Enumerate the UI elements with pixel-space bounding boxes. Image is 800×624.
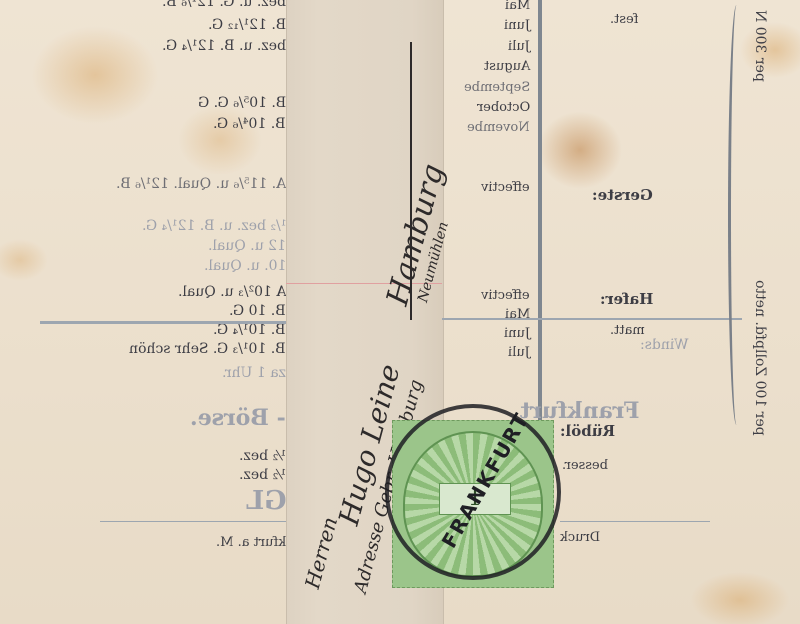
fold-curl	[728, 5, 745, 425]
print-rule	[560, 521, 710, 522]
price-line: B. 10⁵/₆ G. G	[198, 95, 286, 111]
print-word: matt.	[610, 323, 645, 338]
postmark-text: FRANKFURT	[437, 408, 534, 552]
heading-boerse: - Börse.	[190, 405, 286, 431]
month-line: Juni	[504, 326, 530, 341]
price-line: B. 10¹/₃ G. Sehr schön	[129, 341, 286, 357]
price-line: B. 12¹/₁₂ G.	[208, 17, 286, 33]
month-line: effectiv	[481, 180, 530, 195]
print-word: Winds:	[640, 337, 689, 353]
month-line: effectiv	[481, 288, 530, 303]
heading-fragment: GL	[246, 486, 287, 516]
print-rule	[100, 521, 290, 522]
price-line: bez. u. B. 12¹/₄ G.	[162, 38, 286, 54]
price-line: za 1 Uhr.	[222, 365, 286, 381]
print-word: Gerste:	[592, 186, 653, 204]
price-line: ¹/₂ bez. u. B. 12¹/₄ G.	[142, 218, 286, 234]
month-line: Juli	[508, 39, 530, 54]
price-line: B. 10¹/₄ G.	[213, 322, 286, 338]
price-line: B. 10⁴/₆ G.	[213, 116, 286, 132]
price-line: A 10²/₃ u. Qual.	[178, 284, 286, 300]
print-rule	[442, 318, 742, 320]
month-line: Juli	[508, 345, 530, 360]
print-word: fest.	[610, 12, 639, 27]
mirrored-price-column: bez. u. G. 12¹/₆ B. B. 12¹/₁₂ G. bez. u.…	[0, 0, 300, 624]
month-line: Septembe	[464, 80, 530, 95]
price-line: ½ bez.	[239, 448, 286, 464]
price-line: A. 11⁵/₆ u. Qual. 12¹/₆ B.	[116, 176, 286, 192]
month-line: Juni	[504, 18, 530, 33]
price-line: B. 10 G.	[229, 303, 286, 319]
month-line: August	[484, 59, 530, 74]
price-line: ½ bez.	[239, 467, 286, 483]
month-line: October	[477, 100, 530, 115]
underline-stroke	[410, 42, 412, 320]
vertical-print-top: per 300 N	[752, 10, 768, 82]
month-line: Novembe	[467, 120, 530, 135]
price-line: bez. u. G. 12¹/₆ B.	[162, 0, 286, 10]
imprint-line: kfurt a. M.	[216, 535, 286, 550]
price-line: 10. u. Qual.	[204, 258, 286, 274]
print-word: Hafer:	[600, 290, 653, 308]
print-word: Rüböl:	[560, 422, 615, 440]
month-line: Mai	[505, 0, 530, 13]
vertical-print-bottom: per 100 Zollpfd. netto	[752, 280, 768, 436]
print-rule	[40, 321, 286, 324]
price-line: 12 u. Qual.	[208, 238, 286, 254]
postmark-circle: FRANKFURT	[385, 404, 561, 580]
print-word: Druck	[560, 530, 600, 545]
print-word: besser.	[562, 458, 608, 473]
print-column-rule	[538, 0, 542, 420]
